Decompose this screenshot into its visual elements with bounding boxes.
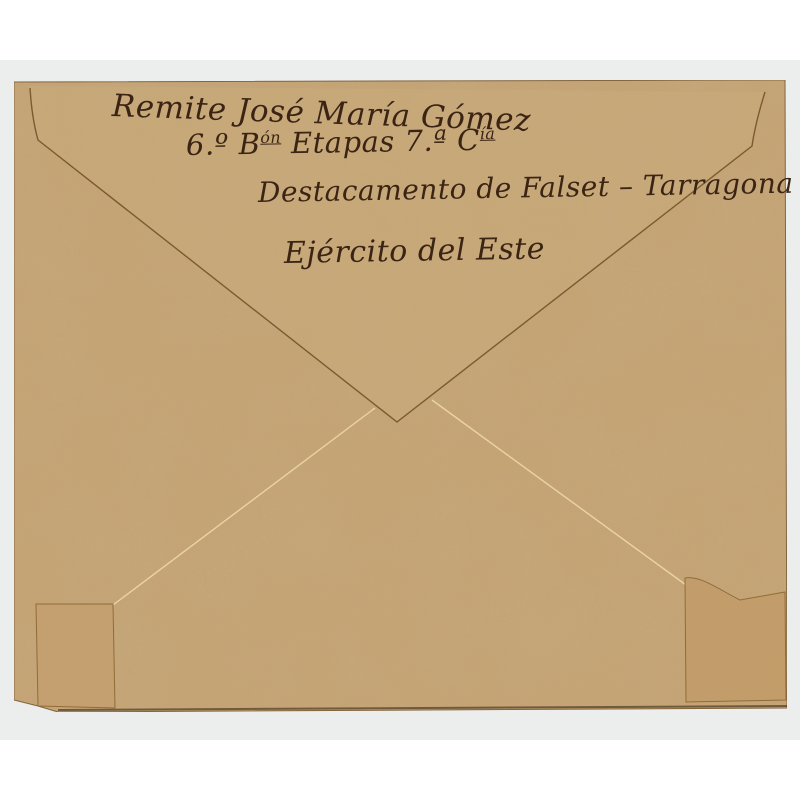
company-text: Etapas 7.ª C bbox=[281, 123, 480, 160]
sender-line-battalion: 6.º Bón Etapas 7.ª Cía bbox=[186, 123, 496, 162]
battalion-number: 6.º B bbox=[186, 127, 261, 162]
sender-line-army: Ejército del Este bbox=[284, 231, 546, 271]
battalion-sup: ón bbox=[260, 128, 281, 147]
company-sup: ía bbox=[480, 124, 496, 143]
corner-patch-left bbox=[36, 604, 115, 708]
